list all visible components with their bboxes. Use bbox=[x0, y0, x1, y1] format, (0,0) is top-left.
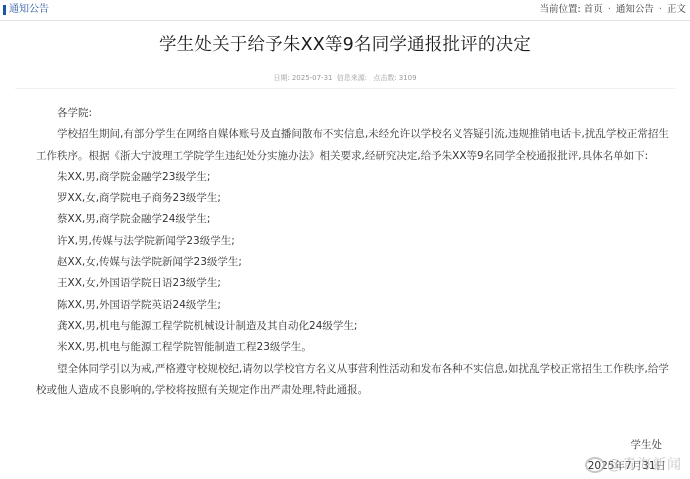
student-item: 龚XX,男,机电与能源工程学院机械设计制造及其自动化24级学生; bbox=[36, 316, 676, 337]
breadcrumb-current: 正文 bbox=[667, 4, 686, 15]
article-body: 各学院: 学校招生期间,有部分学生在网络自媒体账号及直播间散布不实信息,未经允许… bbox=[36, 103, 676, 401]
source-label: 信息来源: bbox=[337, 74, 367, 82]
student-item: 赵XX,女,传媒与法学院新闻学23级学生; bbox=[36, 252, 676, 273]
student-item: 许X,男,传媒与法学院新闻学23级学生; bbox=[36, 231, 676, 252]
intro-paragraph: 学校招生期间,有部分学生在网络自媒体账号及直播间散布不实信息,未经允许以学校名义… bbox=[36, 124, 676, 167]
student-item: 朱XX,男,商学院金融学23级学生; bbox=[36, 167, 676, 188]
section-label: 通知公告 bbox=[9, 3, 49, 17]
student-item: 蔡XX,男,商学院金融学24级学生; bbox=[36, 209, 676, 230]
publish-date: 2025-07-31 bbox=[292, 74, 333, 82]
views-label: 点击数: bbox=[373, 74, 396, 82]
breadcrumb-home[interactable]: 首页 bbox=[584, 4, 603, 15]
accent-bar-icon bbox=[3, 5, 6, 15]
section-tag: 通知公告 bbox=[3, 3, 49, 17]
date-label: 日期: bbox=[273, 74, 289, 82]
student-item: 罗XX,女,商学院电子商务23级学生; bbox=[36, 188, 676, 209]
top-bar: 通知公告 当前位置: 首页 · 通知公告 · 正文 bbox=[0, 0, 690, 21]
student-item: 陈XX,男,外国语学院英语24级学生; bbox=[36, 295, 676, 316]
breadcrumb-separator: · bbox=[659, 4, 662, 15]
breadcrumb: 当前位置: 首页 · 通知公告 · 正文 bbox=[540, 3, 686, 17]
salutation: 各学院: bbox=[36, 103, 676, 124]
meta-divider bbox=[15, 88, 675, 89]
signature-org: 学生处 bbox=[631, 438, 663, 452]
closing-paragraph: 望全体同学引以为戒,严格遵守校规校纪,请勿以学校官方名义从事营利性活动和发布各种… bbox=[36, 359, 676, 402]
breadcrumb-prefix: 当前位置: bbox=[540, 4, 581, 15]
breadcrumb-separator: · bbox=[608, 4, 611, 15]
student-item: 米XX,男,机电与能源工程学院智能制造工程23级学生。 bbox=[36, 337, 676, 358]
page-title: 学生处关于给予朱XX等9名同学通报批评的决定 bbox=[0, 33, 690, 57]
article-meta: 日期:2025-07-31 信息来源: 点击数:3109 bbox=[0, 73, 690, 83]
views-count: 3109 bbox=[399, 74, 417, 82]
signature-date: 2025年7月31日 bbox=[588, 459, 666, 473]
breadcrumb-notices[interactable]: 通知公告 bbox=[616, 4, 654, 15]
student-item: 王XX,女,外国语学院日语23级学生; bbox=[36, 273, 676, 294]
